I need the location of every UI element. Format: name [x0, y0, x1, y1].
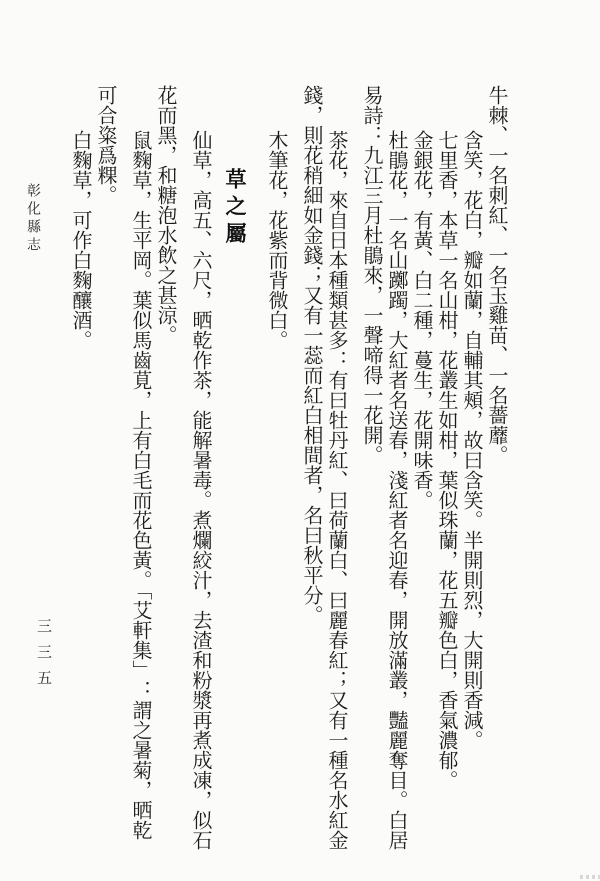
entry-text-column: 鼠麴草，生平岡。葉似馬齒莧，上有白毛而花色黃。「艾軒集」：謂之暑菊，晒乾	[127, 85, 152, 853]
continuation-text-column: 錢，則花稍細如金錢；又有一蕊而紅白相間者，名曰秋平分。	[298, 85, 323, 853]
scan-artifact-mark	[580, 875, 600, 879]
entry-text-column: 白麴草，可作白麴釀酒。	[67, 85, 92, 853]
entry-text-column: 含笑，花白，瓣如蘭，自輔其頰，故曰含笑。半開則烈，大開則香減。	[458, 85, 483, 853]
main-text-block: 牛棘、一名刺紅、一名玉雞苗、一名薔蘼。含笑，花白，瓣如蘭，自輔其頰，故曰含笑。半…	[67, 85, 508, 853]
continuation-text-column: 易詩：九江三月杜鵑來，一聲啼得一花開。	[358, 85, 383, 853]
entry-text-column: 木筆花，花紫而背微白。	[263, 85, 288, 853]
continuation-text-column: 牛棘、一名刺紅、一名玉雞苗、一名薔蘼。	[483, 85, 508, 853]
continuation-text-column: 花而黑，和糖泡水飲之甚涼。	[152, 85, 177, 853]
entry-text-column: 七里香，本草一名山柑，花叢生如柑，葉似珠蘭，花五瓣色白，香氣濃郁。	[433, 85, 458, 853]
page-number: 三三五	[33, 618, 54, 696]
entry-text-column: 金銀花，有黃、白二種，蔓生，花開味香。	[408, 85, 433, 853]
entry-text-column: 茶花，來自日本種類甚多：有曰牡丹紅、曰荷蘭白、曰麗春紅；又有一種名水紅金	[323, 85, 348, 853]
entry-text-column: 仙草，高五、六尺，晒乾作茶，能解暑毒。煮爛絞汁，去渣和粉漿再煮成凍，似石	[187, 85, 212, 853]
entry-text-column: 杜鵑花，一名山躑躅，大紅者名送春，淺紅者名迎春，開放滿叢，豔麗奪目。白居	[383, 85, 408, 853]
book-title-margin-label: 彰化縣志	[22, 183, 42, 255]
scanned-page: 牛棘、一名刺紅、一名玉雞苗、一名薔蘼。含笑，花白，瓣如蘭，自輔其頰，故曰含笑。半…	[0, 0, 600, 881]
section-header: 草之屬	[222, 85, 247, 853]
continuation-text-column: 可合粢爲粿。	[92, 85, 117, 853]
